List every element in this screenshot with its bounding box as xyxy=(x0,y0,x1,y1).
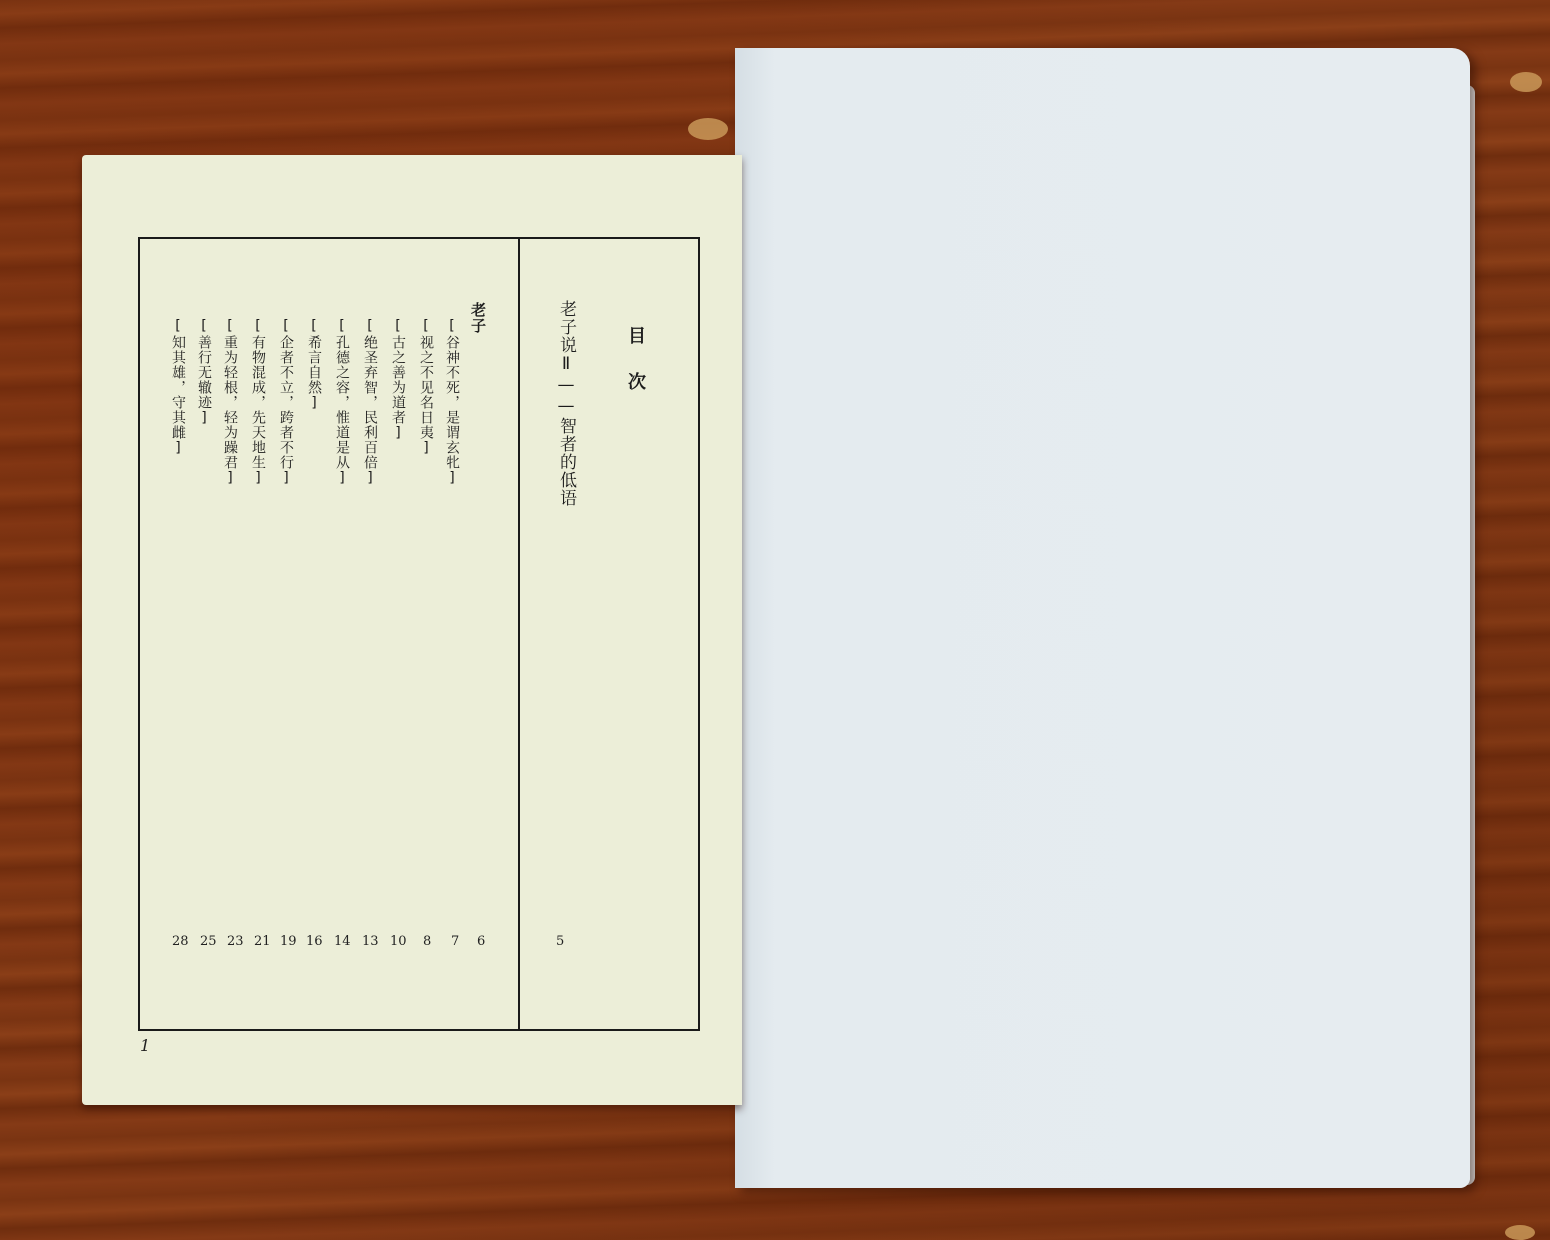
toc-entry: [企者不立，跨者不行] xyxy=(276,318,296,487)
page-number: 6 xyxy=(477,934,485,949)
page-number: 10 xyxy=(390,934,407,949)
wood-knot xyxy=(1505,1225,1535,1240)
folio-number: 1 xyxy=(140,1036,150,1055)
page-number: 8 xyxy=(423,934,431,949)
page-number: 14 xyxy=(334,934,351,949)
toc-entry: [有物混成，先天地生] xyxy=(248,318,268,487)
toc-entry: [绝圣弃智，民利百倍] xyxy=(360,318,380,487)
toc-entry: [孔德之容，惟道是从] xyxy=(332,318,352,487)
toc-divider xyxy=(518,237,520,1029)
toc-entry: [重为轻根，轻为躁君] xyxy=(220,318,240,487)
wood-knot xyxy=(688,118,728,140)
toc-heading: 目次 xyxy=(622,326,648,418)
toc-entry: [善行无辙迹] xyxy=(194,318,214,427)
page-number: 5 xyxy=(556,934,564,949)
page-number: 25 xyxy=(200,934,217,949)
section-title: 老子 xyxy=(468,302,489,334)
page-number: 16 xyxy=(306,934,323,949)
page-number: 13 xyxy=(362,934,379,949)
blank-right-page xyxy=(735,48,1470,1188)
book-title: 老子说Ⅱ——智者的低语 xyxy=(554,300,579,507)
toc-entry: [视之不见名日夷] xyxy=(416,318,436,457)
toc-entry: [古之善为道者] xyxy=(388,318,408,442)
page-number: 21 xyxy=(254,934,271,949)
toc-entry: [谷神不死，是谓玄牝] xyxy=(442,318,462,487)
toc-entry: [知其雄，守其雌] xyxy=(168,318,188,457)
page-number: 19 xyxy=(280,934,297,949)
page-number: 7 xyxy=(451,934,459,949)
wood-knot xyxy=(1510,72,1542,92)
page-number: 23 xyxy=(227,934,244,949)
toc-entry: [希言自然] xyxy=(304,318,324,412)
page-number: 28 xyxy=(172,934,189,949)
